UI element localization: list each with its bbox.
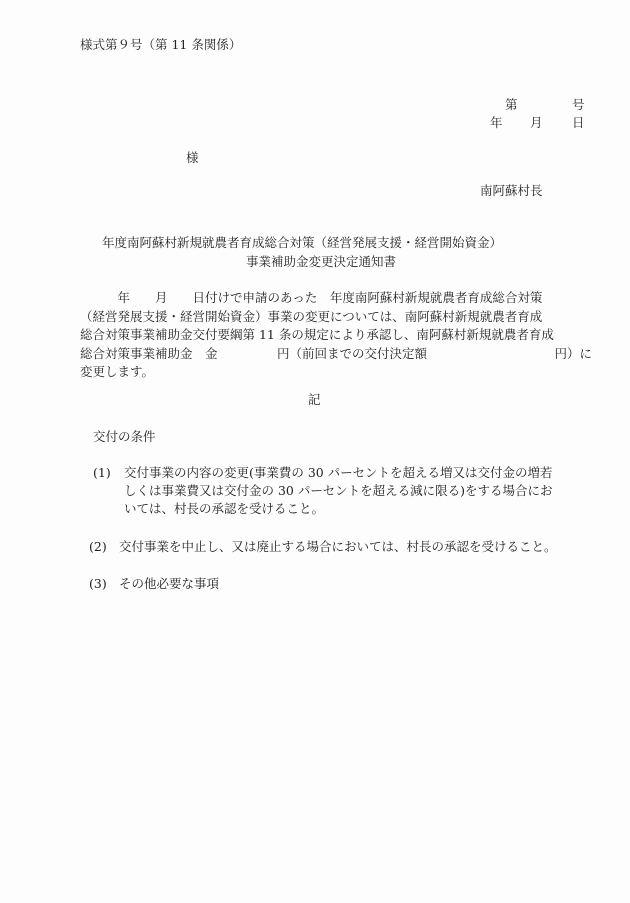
body-line-5: 変更します。 — [80, 363, 592, 382]
body-paragraph: 年 月 日付けで申請のあった 年度南阿蘇村新規就農者育成総合対策 （経営発展支援… — [80, 289, 592, 382]
condition-num: (2) — [89, 541, 107, 554]
body-line-1: 年 月 日付けで申請のあった 年度南阿蘇村新規就農者育成総合対策 — [80, 289, 592, 308]
condition-line: 交付事業の内容の変更(事業費の 30 パーセントを超える増又は交付金の増若 — [124, 467, 552, 480]
title-line-1: 年度南阿蘇村新規就農者育成総合対策（経営発展支援・経営開始資金） — [102, 237, 502, 250]
number-dai: 第 — [505, 99, 518, 112]
amount-prefix: 総合対策事業補助金 金 — [80, 345, 218, 364]
condition-line: しくは事業費又は交付金の 30 パーセントを超える減に限る)をする場合にお — [124, 485, 552, 498]
date-day: 日 — [572, 117, 585, 130]
condition-line: いては、村長の承認を受けること。 — [124, 503, 324, 516]
condition-num: (1) — [93, 467, 111, 480]
addressee-suffix: 様 — [186, 152, 199, 165]
amount-yen-end: 円）に — [554, 345, 592, 364]
title-line-2: 事業補助金変更決定通知書 — [246, 256, 396, 269]
form-number: 様式第９号（第 11 条関係） — [80, 39, 241, 52]
condition-line: 交付事業を中止し、又は廃止する場合においては、村長の承認を受けること。 — [119, 541, 557, 554]
condition-line: その他必要な事項 — [119, 578, 219, 591]
date-month: 月 — [530, 117, 543, 130]
body-line-2: （経営発展支援・経営開始資金）事業の変更については、南阿蘇村新規就農者育成 — [80, 308, 592, 327]
body-line-3: 総合対策事業補助金交付要綱第 11 条の規定により承認し、南阿蘇村新規就農者育成 — [80, 326, 592, 345]
date-year: 年 — [490, 117, 503, 130]
ki-marker: 記 — [308, 394, 321, 407]
amount-yen-previous: 円（前回までの交付決定額 — [277, 345, 427, 364]
body-amount-line: 総合対策事業補助金 金 円（前回までの交付決定額 円）に — [80, 345, 592, 364]
condition-num: (3) — [89, 578, 107, 591]
number-go: 号 — [572, 99, 585, 112]
issuer: 南阿蘇村長 — [480, 185, 543, 198]
conditions-heading: 交付の条件 — [93, 431, 156, 444]
